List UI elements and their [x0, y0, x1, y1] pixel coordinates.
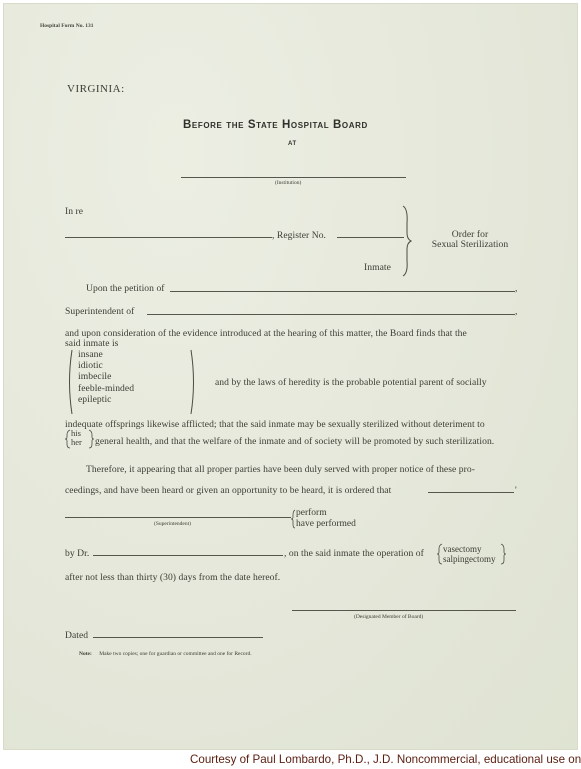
- right-brace-icon: [500, 543, 506, 565]
- comma: ,: [515, 306, 517, 317]
- superintendent-caption: (Superintendent): [154, 521, 191, 527]
- inmate-name-field[interactable]: [65, 237, 272, 238]
- option-perform[interactable]: perform: [296, 508, 356, 519]
- petitioner-field[interactable]: [170, 291, 515, 292]
- institution-field[interactable]: [181, 177, 406, 178]
- date-field[interactable]: [93, 637, 263, 638]
- inadequate-text: indequate offsprings likewise afflicted;…: [65, 419, 485, 430]
- order-title: Order for Sexual Sterilization: [430, 230, 510, 250]
- doctor-name-field[interactable]: [93, 555, 283, 556]
- option-have-performed[interactable]: have performed: [296, 519, 356, 530]
- board-title-at: at: [288, 138, 297, 147]
- in-re-label: In re: [65, 206, 83, 217]
- condition-idiotic[interactable]: idiotic: [78, 360, 134, 371]
- comma: ,: [515, 283, 517, 294]
- note-label: Note:: [79, 651, 92, 657]
- said-inmate-is: said inmate is: [65, 338, 118, 349]
- by-dr-label: by Dr.: [65, 548, 89, 559]
- left-paren-icon: [66, 349, 74, 415]
- register-number-field[interactable]: [337, 237, 404, 238]
- superintendent-field[interactable]: [65, 517, 291, 518]
- perform-options: perform have performed: [296, 508, 356, 529]
- form-number: Hospital Form No. 131: [40, 23, 93, 29]
- option-salpingectomy[interactable]: salpingectomy: [443, 554, 496, 564]
- right-brace-icon: [401, 205, 413, 277]
- pronoun-options: his her: [71, 429, 82, 447]
- order-title-line2: Sexual Sterilization: [430, 240, 510, 250]
- board-member-caption: (Designated Member of Board): [354, 614, 423, 620]
- condition-epileptic[interactable]: epileptic: [78, 394, 134, 405]
- after-text: after not less than thirty (30) days fro…: [65, 572, 280, 583]
- board-member-field[interactable]: [292, 610, 516, 611]
- operation-text: , on the said inmate the operation of: [284, 548, 424, 559]
- petition-label: Upon the petition of: [86, 283, 165, 294]
- superintendent-of-label: Superintendent of: [65, 306, 134, 317]
- therefore-text: Therefore, it appearing that all proper …: [86, 464, 475, 475]
- condition-insane[interactable]: insane: [78, 349, 134, 360]
- consideration-text: and upon consideration of the evidence i…: [65, 328, 467, 339]
- condition-imbecile[interactable]: imbecile: [78, 371, 134, 382]
- image-credit-caption: Courtesy of Paul Lombardo, Ph.D., J.D. N…: [190, 753, 581, 766]
- note-text: Make two copies; one for guardian or com…: [99, 651, 251, 657]
- health-text: general health, and that the welfare of …: [95, 436, 494, 447]
- register-label: , Register No.: [272, 230, 326, 241]
- right-paren-icon: [189, 349, 197, 415]
- apostrophe: ': [515, 485, 517, 496]
- note: Note: Make two copies; one for guardian …: [79, 651, 252, 657]
- institution-caption: (Institution): [275, 180, 301, 186]
- inmate-label: Inmate: [364, 262, 391, 273]
- ordered-party-field[interactable]: [428, 492, 514, 493]
- board-title: Before the State Hospital Board: [183, 119, 368, 131]
- dated-label: Dated: [65, 630, 88, 641]
- operation-options: vasectomy salpingectomy: [443, 544, 496, 564]
- condition-feeble-minded[interactable]: feeble-minded: [78, 383, 134, 394]
- proceedings-text: ceedings, and have been heard or given a…: [65, 485, 391, 496]
- form-paper: Hospital Form No. 131 VIRGINIA: Before t…: [3, 3, 578, 750]
- heredity-text: and by the laws of heredity is the proba…: [215, 377, 487, 388]
- option-vasectomy[interactable]: vasectomy: [443, 544, 496, 554]
- pronoun-her[interactable]: her: [71, 438, 82, 447]
- conditions-list: insane idiotic imbecile feeble-minded ep…: [78, 349, 134, 405]
- superintendent-of-field[interactable]: [147, 314, 515, 315]
- right-brace-icon: [88, 429, 94, 449]
- state-heading: VIRGINIA:: [67, 83, 125, 95]
